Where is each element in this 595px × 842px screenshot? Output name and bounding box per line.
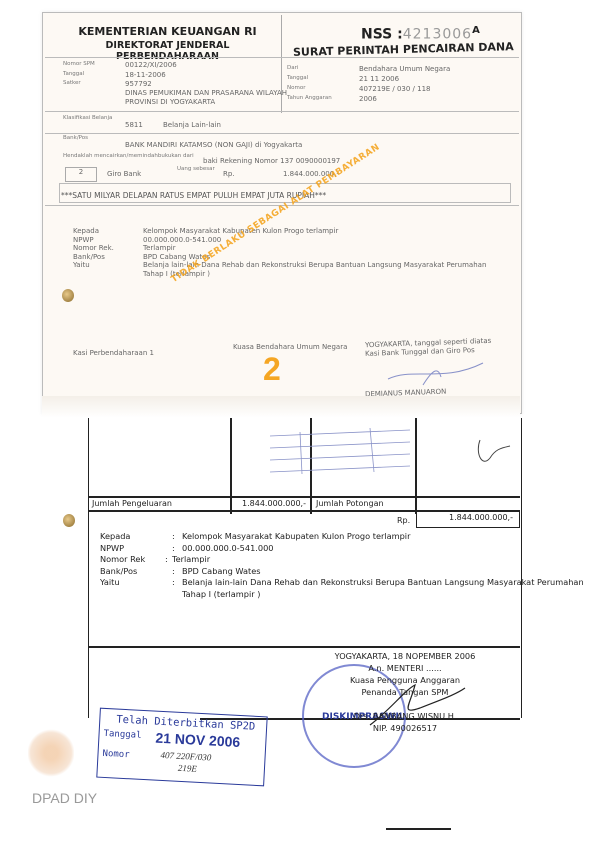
nss-value: 4213006: [403, 27, 472, 43]
field-value: PROVINSI DI YOGYAKARTA: [125, 98, 215, 106]
directorate-name: DIREKTORAT JENDERAL PERBENDAHARAAN: [55, 40, 280, 62]
recipient-value: Terlampir: [143, 244, 176, 253]
recipient-row: NPWP:00.000.000.0-541.000: [100, 543, 584, 555]
recipient-value: Terlampir: [172, 554, 210, 566]
sum-label: Uang sebesar: [177, 166, 223, 178]
klasifikasi-desc: Belanja Lain-lain: [163, 121, 221, 129]
sp2d-document: KEMENTERIAN KEUANGAN RI DIREKTORAT JENDE…: [42, 12, 522, 414]
giro-label: Giro Bank: [107, 170, 177, 178]
recipient-label: Nomor Rek.: [73, 244, 143, 253]
field-satker-province: PROVINSI DI YOGYAKARTA: [125, 98, 215, 106]
recipient-row: YaituBelanja lain-lain Dana Rehab dan Re…: [73, 261, 486, 270]
recipient-label: Yaitu: [100, 577, 172, 589]
transfer-instruction: Hendaklah mencairkan/memindahbukukan dar…: [63, 153, 340, 165]
recipient-row: Kepada:Kelompok Masyarakat Kabupaten Kul…: [100, 531, 584, 543]
nss-label: NSS :: [361, 27, 403, 43]
field-value: 957792: [125, 80, 152, 88]
field-value: baki Rekening Nomor 137 0090000197: [203, 157, 340, 165]
klasifikasi-belanja: Klasifikasi Belanja 5811 Belanja Lain-la…: [63, 115, 221, 129]
signature-icon: [360, 680, 470, 730]
recipient-row: Yaitu:Belanja lain-lain Dana Rehab dan R…: [100, 577, 584, 589]
recipient-label: NPWP: [100, 543, 172, 555]
recipient-label: Kepada: [73, 227, 143, 236]
field-value: 407219E / 030 / 118: [359, 85, 430, 93]
klasifikasi-code: 5811: [125, 121, 163, 129]
field-nomor-sp2d: Nomor 407219E / 030 / 118: [287, 85, 430, 93]
recipient-label: Bank/Pos: [73, 253, 143, 262]
field-satker-name: DINAS PEMUKIMAN DAN PRASARANA WILAYAH: [125, 89, 287, 97]
giro-count: 2: [66, 168, 96, 176]
sp2d-recipient-block: KepadaKelompok Masyarakat Kabupaten Kulo…: [73, 227, 486, 278]
field-value: 2006: [359, 95, 377, 103]
field-label: Dari: [287, 65, 359, 73]
recipient-row: Bank/Pos:BPD Cabang Wates: [100, 566, 584, 578]
signer-line1: A.n. MENTERI ......: [300, 662, 510, 674]
field-value: 21 11 2006: [359, 75, 399, 83]
field-tanggal: Tanggal 18-11-2006: [63, 71, 166, 79]
sheet-shadow: [42, 396, 520, 418]
field-label: Nomor: [287, 85, 359, 93]
recipient-label: Nomor Rek: [100, 554, 165, 566]
net-rp-label: Rp.: [397, 516, 410, 525]
stamp-number-label: Nomor: [102, 749, 130, 760]
field-value: Bendahara Umum Negara: [359, 65, 450, 73]
institution-watermark: DPAD DIY: [32, 790, 97, 806]
sp2d-header-left: KEMENTERIAN KEUANGAN RI DIREKTORAT JENDE…: [55, 17, 280, 57]
amount-in-words: ***SATU MILYAR DELAPAN RATUS EMPAT PULUH…: [61, 191, 326, 200]
field-label: Bank/Pos: [63, 135, 125, 149]
nss-number: NSS :4213006A: [361, 25, 480, 43]
recipient-label: Kepada: [100, 531, 172, 543]
stamp-date-label: Tanggal: [103, 729, 141, 741]
net-amount-box: 1.844.000.000,-: [416, 510, 520, 528]
field-label: Tahun Anggaran: [287, 95, 359, 103]
recipient-row: KepadaKelompok Masyarakat Kabupaten Kulo…: [73, 227, 486, 236]
sp2d-issued-stamp: Telah Diterbitkan SP2D Tanggal 21 NOV 20…: [96, 708, 267, 787]
field-tanggal-sp2d: Tanggal 21 11 2006: [287, 75, 399, 83]
binder-hole-icon: [63, 514, 75, 527]
recipient-value: BPD Cabang Wates: [182, 566, 261, 578]
page-divider: [386, 828, 451, 830]
field-label: Satker: [63, 80, 125, 88]
copy-number: 2: [263, 351, 281, 388]
giro-row: Giro Bank Uang sebesar Rp. 1.844.000.000…: [107, 170, 339, 178]
giro-count-box: 2: [65, 167, 97, 182]
recipient-row: NPWP00.000.000.0-541.000: [73, 236, 486, 245]
recipient-row: Nomor Rek:Terlampir: [100, 554, 584, 566]
dpad-logo-icon: [28, 728, 74, 778]
stamp-number-note: 219E: [178, 763, 197, 774]
recipient-row: Tahap I (terlampir ): [100, 589, 584, 601]
stamp-number-value: 407 220F/030: [160, 750, 211, 763]
signature-scribble-icon: [383, 357, 493, 387]
stamp-date-value: 21 NOV 2006: [155, 730, 241, 750]
bank-pos: Bank/Pos BANK MANDIRI KATAMSO (NON GAJI)…: [63, 135, 302, 149]
field-value: 00122/XI/2006: [125, 61, 177, 69]
field-tahun-anggaran: Tahun Anggaran 2006: [287, 95, 377, 103]
recipient-row: Nomor Rek.Terlampir: [73, 244, 486, 253]
field-label: Tanggal: [287, 75, 359, 83]
recipient-value: Tahap I (terlampir ): [182, 589, 260, 601]
total-deduction-label: Jumlah Potongan: [316, 499, 384, 508]
binder-hole-icon: [62, 289, 74, 302]
field-label: Hendaklah mencairkan/memindahbukukan dar…: [63, 153, 203, 165]
sig-left-title: Kasi Perbendaharaan 1: [73, 349, 154, 357]
recipient-value: 00.000.000.0-541.000: [143, 236, 221, 245]
recipient-label: Bank/Pos: [100, 566, 172, 578]
recipient-label: Yaitu: [73, 261, 143, 270]
recipient-label: NPWP: [73, 236, 143, 245]
total-expense-value: 1.844.000.000,-: [230, 499, 306, 508]
place-date: YOGYAKARTA, 18 NOPEMBER 2006: [300, 650, 510, 662]
field-value: BANK MANDIRI KATAMSO (NON GAJI) di Yogya…: [125, 141, 302, 149]
ministry-name: KEMENTERIAN KEUANGAN RI: [55, 25, 280, 38]
field-value: 18-11-2006: [125, 71, 166, 79]
net-amount-value: 1.844.000.000,-: [449, 513, 513, 522]
field-label: Klasifikasi Belanja: [63, 115, 125, 129]
field-dari: Dari Bendahara Umum Negara: [287, 65, 450, 73]
recipient-label: [73, 270, 143, 279]
field-satker: Satker 957792: [63, 80, 152, 88]
recipient-row: Tahap I (terlampir ): [73, 270, 486, 279]
recipient-value: Kelompok Masyarakat Kabupaten Kulon Prog…: [182, 531, 410, 543]
sig-middle-title: Kuasa Bendahara Umum Negara: [233, 343, 347, 351]
recipient-row: Bank/PosBPD Cabang Wates: [73, 253, 486, 262]
field-label: Tanggal: [63, 71, 125, 79]
field-label: Nomor SPM: [63, 61, 125, 69]
field-nomor-spm: Nomor SPM 00122/XI/2006: [63, 61, 177, 69]
verification-stamp-icon: [270, 428, 520, 478]
field-value: DINAS PEMUKIMAN DAN PRASARANA WILAYAH: [125, 89, 287, 97]
nss-suffix: A: [472, 25, 480, 36]
spm-recipient-block: Kepada:Kelompok Masyarakat Kabupaten Kul…: [100, 531, 584, 600]
recipient-value: Belanja lain-lain Dana Rehab dan Rekonst…: [182, 577, 584, 589]
total-expense-label: Jumlah Pengeluaran: [92, 499, 172, 508]
currency: Rp.: [223, 170, 283, 178]
recipient-value: 00.000.000.0-541.000: [182, 543, 274, 555]
